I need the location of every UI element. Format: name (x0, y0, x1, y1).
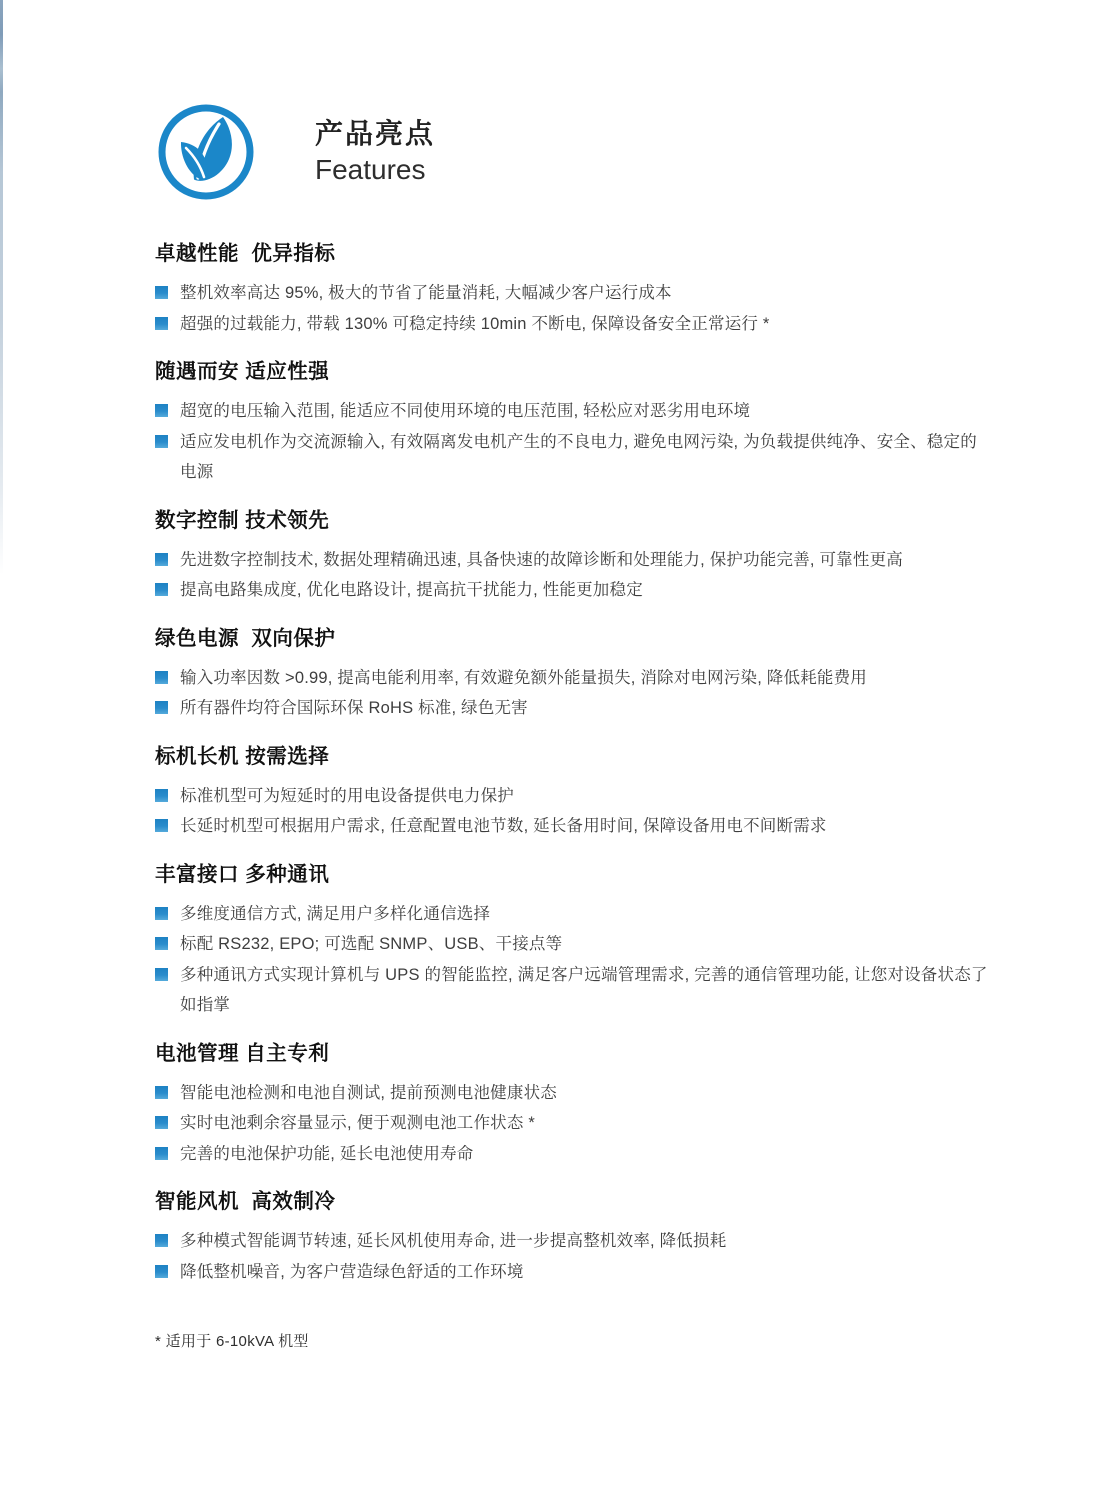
bullet-text: 多种通讯方式实现计算机与 UPS 的智能监控, 满足客户远端管理需求, 完善的通… (180, 966, 988, 1015)
section-bullet-list: 标准机型可为短延时的用电设备提供电力保护长延时机型可根据用户需求, 任意配置电池… (155, 781, 993, 842)
bullet-text: 多维度通信方式, 满足用户多样化通信选择 (180, 905, 490, 923)
bullet-text: 超宽的电压输入范围, 能适应不同使用环境的电压范围, 轻松应对恶劣用电环境 (180, 402, 750, 420)
section-heading: 电池管理 自主专利 (155, 1040, 993, 1067)
bullet-square-icon (155, 553, 168, 566)
feature-section: 数字控制 技术领先 先进数字控制技术, 数据处理精确迅速, 具备快速的故障诊断和… (155, 507, 993, 606)
section-bullet-list: 多维度通信方式, 满足用户多样化通信选择标配 RS232, EPO; 可选配 S… (155, 899, 993, 1021)
bullet-item: 智能电池检测和电池自测试, 提前预测电池健康状态 (155, 1078, 993, 1109)
bullet-text: 超强的过载能力, 带载 130% 可稳定持续 10min 不断电, 保障设备安全… (180, 315, 770, 333)
leaf-icon (155, 101, 257, 203)
feature-section: 丰富接口 多种通讯 多维度通信方式, 满足用户多样化通信选择标配 RS232, … (155, 861, 993, 1021)
bullet-square-icon (155, 819, 168, 832)
feature-section: 绿色电源 双向保护 输入功率因数 >0.99, 提高电能利用率, 有效避免额外能… (155, 625, 993, 724)
features-content: 卓越性能 优异指标 整机效率高达 95%, 极大的节省了能量消耗, 大幅减少客户… (155, 240, 993, 1306)
section-heading: 智能风机 高效制冷 (155, 1188, 993, 1215)
bullet-text: 先进数字控制技术, 数据处理精确迅速, 具备快速的故障诊断和处理能力, 保护功能… (180, 551, 903, 569)
feature-section: 卓越性能 优异指标 整机效率高达 95%, 极大的节省了能量消耗, 大幅减少客户… (155, 240, 993, 339)
bullet-item: 长延时机型可根据用户需求, 任意配置电池节数, 延长备用时间, 保障设备用电不间… (155, 811, 993, 842)
bullet-square-icon (155, 435, 168, 448)
bullet-text: 提高电路集成度, 优化电路设计, 提高抗干扰能力, 性能更加稳定 (180, 581, 643, 599)
bullet-text: 整机效率高达 95%, 极大的节省了能量消耗, 大幅减少客户运行成本 (180, 284, 672, 302)
bullet-item: 适应发电机作为交流源输入, 有效隔离发电机产生的不良电力, 避免电网污染, 为负… (155, 427, 993, 488)
bullet-text: 所有器件均符合国际环保 RoHS 标准, 绿色无害 (180, 699, 528, 717)
section-heading: 丰富接口 多种通讯 (155, 861, 993, 888)
bullet-square-icon (155, 701, 168, 714)
bullet-square-icon (155, 404, 168, 417)
section-bullet-list: 输入功率因数 >0.99, 提高电能利用率, 有效避免额外能量损失, 消除对电网… (155, 663, 993, 724)
section-heading: 卓越性能 优异指标 (155, 240, 993, 267)
section-heading: 标机长机 按需选择 (155, 743, 993, 770)
bullet-item: 输入功率因数 >0.99, 提高电能利用率, 有效避免额外能量损失, 消除对电网… (155, 663, 993, 694)
bullet-item: 多维度通信方式, 满足用户多样化通信选择 (155, 899, 993, 930)
section-heading: 随遇而安 适应性强 (155, 358, 993, 385)
bullet-text: 降低整机噪音, 为客户营造绿色舒适的工作环境 (180, 1263, 524, 1281)
footnote: * 适用于 6-10kVA 机型 (155, 1330, 309, 1351)
bullet-text: 输入功率因数 >0.99, 提高电能利用率, 有效避免额外能量损失, 消除对电网… (180, 669, 867, 687)
bullet-item: 所有器件均符合国际环保 RoHS 标准, 绿色无害 (155, 693, 993, 724)
bullet-item: 完善的电池保护功能, 延长电池使用寿命 (155, 1139, 993, 1170)
bullet-text: 智能电池检测和电池自测试, 提前预测电池健康状态 (180, 1084, 557, 1102)
header-titles: 产品亮点 Features (315, 117, 435, 187)
bullet-item: 降低整机噪音, 为客户营造绿色舒适的工作环境 (155, 1257, 993, 1288)
bullet-square-icon (155, 1265, 168, 1278)
section-bullet-list: 多种模式智能调节转速, 延长风机使用寿命, 进一步提高整机效率, 降低损耗降低整… (155, 1226, 993, 1287)
bullet-square-icon (155, 937, 168, 950)
bullet-text: 长延时机型可根据用户需求, 任意配置电池节数, 延长备用时间, 保障设备用电不间… (180, 817, 827, 835)
brochure-page: 产品亮点 Features 卓越性能 优异指标 整机效率高达 95%, 极大的节… (0, 0, 1100, 1492)
bullet-square-icon (155, 286, 168, 299)
bullet-text: 适应发电机作为交流源输入, 有效隔离发电机产生的不良电力, 避免电网污染, 为负… (180, 433, 977, 482)
bullet-square-icon (155, 907, 168, 920)
bullet-item: 多种模式智能调节转速, 延长风机使用寿命, 进一步提高整机效率, 降低损耗 (155, 1226, 993, 1257)
section-bullet-list: 超宽的电压输入范围, 能适应不同使用环境的电压范围, 轻松应对恶劣用电环境适应发… (155, 396, 993, 488)
bullet-square-icon (155, 1147, 168, 1160)
page-header: 产品亮点 Features (155, 101, 435, 203)
bullet-square-icon (155, 583, 168, 596)
bullet-square-icon (155, 1116, 168, 1129)
section-bullet-list: 智能电池检测和电池自测试, 提前预测电池健康状态实时电池剩余容量显示, 便于观测… (155, 1078, 993, 1170)
bullet-item: 超宽的电压输入范围, 能适应不同使用环境的电压范围, 轻松应对恶劣用电环境 (155, 396, 993, 427)
bullet-item: 多种通讯方式实现计算机与 UPS 的智能监控, 满足客户远端管理需求, 完善的通… (155, 960, 993, 1021)
feature-section: 智能风机 高效制冷 多种模式智能调节转速, 延长风机使用寿命, 进一步提高整机效… (155, 1188, 993, 1287)
bullet-item: 标配 RS232, EPO; 可选配 SNMP、USB、干接点等 (155, 929, 993, 960)
bullet-text: 实时电池剩余容量显示, 便于观测电池工作状态 * (180, 1114, 535, 1132)
feature-section: 标机长机 按需选择 标准机型可为短延时的用电设备提供电力保护长延时机型可根据用户… (155, 743, 993, 842)
bullet-square-icon (155, 671, 168, 684)
bullet-square-icon (155, 789, 168, 802)
page-title: 产品亮点 (315, 117, 435, 151)
section-heading: 绿色电源 双向保护 (155, 625, 993, 652)
bullet-item: 超强的过载能力, 带载 130% 可稳定持续 10min 不断电, 保障设备安全… (155, 309, 993, 340)
bullet-text: 多种模式智能调节转速, 延长风机使用寿命, 进一步提高整机效率, 降低损耗 (180, 1232, 726, 1250)
bullet-square-icon (155, 968, 168, 981)
bullet-square-icon (155, 1086, 168, 1099)
bullet-text: 完善的电池保护功能, 延长电池使用寿命 (180, 1145, 473, 1163)
bullet-text: 标配 RS232, EPO; 可选配 SNMP、USB、干接点等 (180, 935, 562, 953)
feature-section: 电池管理 自主专利 智能电池检测和电池自测试, 提前预测电池健康状态实时电池剩余… (155, 1040, 993, 1170)
section-bullet-list: 先进数字控制技术, 数据处理精确迅速, 具备快速的故障诊断和处理能力, 保护功能… (155, 545, 993, 606)
section-bullet-list: 整机效率高达 95%, 极大的节省了能量消耗, 大幅减少客户运行成本超强的过载能… (155, 278, 993, 339)
section-heading: 数字控制 技术领先 (155, 507, 993, 534)
bullet-text: 标准机型可为短延时的用电设备提供电力保护 (180, 787, 514, 805)
bullet-item: 提高电路集成度, 优化电路设计, 提高抗干扰能力, 性能更加稳定 (155, 575, 993, 606)
bullet-square-icon (155, 317, 168, 330)
bullet-item: 整机效率高达 95%, 极大的节省了能量消耗, 大幅减少客户运行成本 (155, 278, 993, 309)
bullet-item: 标准机型可为短延时的用电设备提供电力保护 (155, 781, 993, 812)
feature-section: 随遇而安 适应性强 超宽的电压输入范围, 能适应不同使用环境的电压范围, 轻松应… (155, 358, 993, 488)
left-edge-stripe (0, 0, 3, 575)
bullet-item: 先进数字控制技术, 数据处理精确迅速, 具备快速的故障诊断和处理能力, 保护功能… (155, 545, 993, 576)
bullet-square-icon (155, 1234, 168, 1247)
bullet-item: 实时电池剩余容量显示, 便于观测电池工作状态 * (155, 1108, 993, 1139)
page-subtitle: Features (315, 153, 435, 187)
